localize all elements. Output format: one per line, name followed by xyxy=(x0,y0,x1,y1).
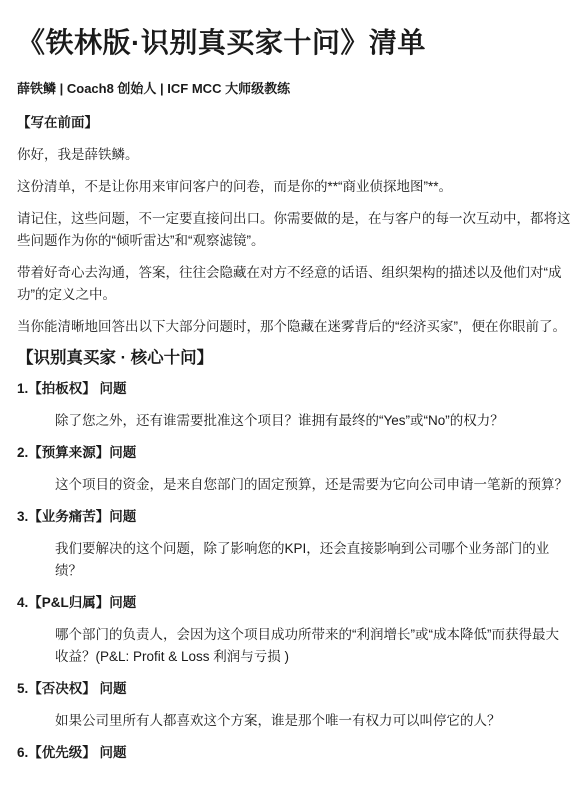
question-item-label-3: 3.【业务痛苦】问题 xyxy=(17,506,571,528)
question-item-text-5: 如果公司里所有人都喜欢这个方案，谁是那个唯一有权力可以叫停它的人？ xyxy=(17,710,571,732)
document-title: 《铁林版·识别真买家十问》清单 xyxy=(17,26,571,60)
preface-paragraph: 当你能清晰地回答出以下大部分问题时，那个隐藏在迷雾背后的“经济买家”，便在你眼前… xyxy=(17,316,571,338)
core-questions-heading: 【识别真买家 · 核心十问】 xyxy=(17,346,571,370)
preface-paragraph: 带着好奇心去沟通，答案，往往会隐藏在对方不经意的话语、组织架构的描述以及他们对“… xyxy=(17,262,571,306)
question-item-text-2: 这个项目的资金，是来自您部门的固定预算，还是需要为它向公司申请一笔新的预算？ xyxy=(17,474,571,496)
question-item-text-4: 哪个部门的负责人，会因为这个项目成功所带来的“利润增长”或“成本降低”而获得最大… xyxy=(17,624,571,668)
question-item-text-3: 我们要解决的这个问题，除了影响您的KPI，还会直接影响到公司哪个业务部门的业绩？ xyxy=(17,538,571,582)
question-item-label-6: 6.【优先级】 问题 xyxy=(17,742,571,764)
question-item-label-1: 1.【拍板权】 问题 xyxy=(17,378,571,400)
question-item-label-2: 2.【预算来源】问题 xyxy=(17,442,571,464)
preface-paragraph: 请记住，这些问题，不一定要直接问出口。你需要做的是，在与客户的每一次互动中，都将… xyxy=(17,208,571,252)
preface-heading: 【写在前面】 xyxy=(17,112,571,134)
document-page: 《铁林版·识别真买家十问》清单 薛铁鳞 | Coach8 创始人 | ICF M… xyxy=(0,0,588,796)
question-item-text-1: 除了您之外，还有谁需要批准这个项目？谁拥有最终的“Yes”或“No”的权力？ xyxy=(17,410,571,432)
preface-paragraph: 这份清单，不是让你用来审问客户的问卷，而是你的**“商业侦探地图”**。 xyxy=(17,176,571,198)
question-item-label-4: 4.【P&L归属】问题 xyxy=(17,592,571,614)
author-byline: 薛铁鳞 | Coach8 创始人 | ICF MCC 大师级教练 xyxy=(17,78,571,100)
preface-paragraph: 你好，我是薛铁鳞。 xyxy=(17,144,571,166)
question-item-label-5: 5.【否决权】 问题 xyxy=(17,678,571,700)
